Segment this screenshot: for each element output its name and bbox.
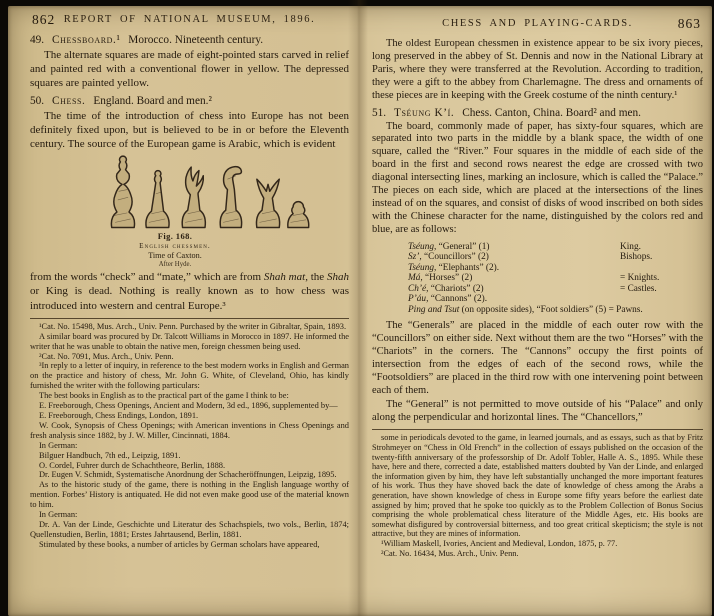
footnote: As to the historic study of the game, th…: [30, 480, 349, 510]
footnote: ³In reply to a letter of inquiry, in ref…: [30, 361, 349, 391]
paragraph-general-moves: The “General” is not permitted to move o…: [372, 399, 703, 425]
footnote: ¹Cat. No. 15498, Mus. Arch., Univ. Penn.…: [30, 322, 349, 332]
footnote: Bilguer Handbuch, 7th ed., Leipzig, 1891…: [30, 451, 349, 461]
footnote: O. Cordel, Fuhrer durch de Schachtheore,…: [30, 461, 349, 471]
table-row: Ch’é, “Chariots” (2) = Castles.: [408, 284, 703, 295]
piece-name: Ping and Tsut: [408, 305, 459, 315]
footnote: A similar board was procured by Dr. Talc…: [30, 332, 349, 352]
entry-detail: England. Board and men.²: [93, 95, 212, 107]
table-row: Má, “Horses” (2) = Knights.: [408, 273, 703, 284]
piece-equivalent: = Knights.: [620, 273, 703, 284]
entry-number: 51.: [372, 107, 386, 119]
page-right: CHESS AND PLAYING-CARDS. 863 The oldest …: [372, 16, 703, 614]
entry-name: Chess.: [52, 95, 86, 107]
chessmen-engraving: [85, 155, 325, 231]
entry-number: 49.: [30, 34, 44, 46]
chess-pieces-table: Tséung, “General” (1) King. Sz’, “Counci…: [408, 242, 703, 316]
footnote: ²Cat. No. 7091, Mus. Arch., Univ. Penn.: [30, 352, 349, 362]
paragraph-entry-49: The alternate squares are made of eight-…: [30, 48, 349, 91]
figure-credit: After Hyde.: [30, 261, 320, 268]
piece-name: Ch’é,: [408, 284, 428, 294]
figure-number: Fig. 168.: [30, 231, 320, 241]
footnote-continuation: some in periodicals devoted to the game,…: [372, 433, 703, 539]
piece-equivalent: [620, 263, 703, 274]
catalog-entry-51: 51. Tséung K’í. Chess. Canton, China. Bo…: [372, 107, 703, 119]
piece-equivalent: King.: [620, 242, 703, 253]
paragraph-entry-50: The time of the introduction of chess in…: [30, 109, 349, 152]
piece-desc: (on opposite sides), “Foot soldiers” (5)…: [462, 305, 643, 315]
entry-number: 50.: [30, 95, 44, 107]
piece-desc: “Horses” (2): [425, 273, 472, 283]
page-number-left: 862: [32, 12, 55, 28]
piece-desc: “Chariots” (2): [431, 284, 484, 294]
footnote: W. Cook, Synopsis of Chess Openings; wit…: [30, 421, 349, 441]
footnote: E. Freeborough, Chess Openings, Ancient …: [30, 401, 349, 411]
footnote: ²Cat. No. 16434, Mus. Arch., Univ. Penn.: [372, 549, 703, 559]
figure-english-chessmen: Fig. 168. English chessmen. Time of Caxt…: [30, 155, 349, 268]
footnote: In German:: [30, 441, 349, 451]
footnote: Dr. A. Van der Linde, Geschichte und Lit…: [30, 520, 349, 540]
entry-detail: Morocco. Nineteenth century.: [128, 34, 263, 46]
running-header-right: CHESS AND PLAYING-CARDS. 863: [372, 16, 703, 33]
table-row: Tséung, “Elephants” (2).: [408, 263, 703, 274]
table-row: Tséung, “General” (1) King.: [408, 242, 703, 253]
paragraph-board-description: The board, commonly made of paper, has s…: [372, 121, 703, 237]
catalog-entry-50: 50. Chess. England. Board and men.²: [30, 95, 349, 107]
text-run: , the: [305, 271, 327, 283]
text-run: from the words “check” and “mate,” which…: [30, 271, 264, 283]
figure-caption: Fig. 168. English chessmen. Time of Caxt…: [30, 231, 320, 268]
piece-desc: “Councillors” (2): [424, 252, 489, 262]
piece-desc: “Cannons” (2).: [431, 294, 487, 304]
piece-name: P’áu,: [408, 294, 428, 304]
piece-name: Sz’,: [408, 252, 422, 262]
piece-equivalent: [620, 294, 703, 305]
table-row: P’áu, “Cannons” (2).: [408, 294, 703, 305]
footnote: In German:: [30, 510, 349, 520]
piece-desc: “Elephants” (2).: [439, 263, 499, 273]
page-number-right: 863: [678, 16, 701, 32]
paragraph-after-figure: from the words “check” and “mate,” which…: [30, 270, 349, 313]
footnote: E. Freeborough, Chess Endings, London, 1…: [30, 411, 349, 421]
entry-name: Chessboard.¹: [52, 34, 121, 46]
page-left: 862 REPORT OF NATIONAL MUSEUM, 1896. 49.…: [30, 12, 349, 612]
figure-title: English chessmen.: [30, 242, 320, 250]
paragraph-oldest-chessmen: The oldest European chessmen in existenc…: [372, 38, 703, 103]
running-header-left: 862 REPORT OF NATIONAL MUSEUM, 1896.: [30, 12, 349, 29]
footnote: ¹William Maskell, Ivories, Ancient and M…: [372, 539, 703, 549]
footnote: Stimulated by these books, a number of a…: [30, 540, 349, 550]
piece-equivalent: = Castles.: [620, 284, 703, 295]
italic-term: Shah mat: [264, 271, 305, 283]
text-run: or King is dead. Nothing is really known…: [30, 285, 349, 311]
piece-equivalent: Bishops.: [620, 252, 703, 263]
footnote-rule-right: [372, 429, 703, 430]
footnote-rule-left: [30, 318, 349, 319]
catalog-entry-49: 49. Chessboard.¹ Morocco. Nineteenth cen…: [30, 34, 349, 46]
running-title-right: CHESS AND PLAYING-CARDS.: [372, 16, 703, 29]
piece-desc: “General” (1): [439, 242, 490, 252]
entry-name: Tséung K’í.: [394, 107, 454, 119]
entry-detail: Chess. Canton, China. Board² and men.: [462, 107, 641, 119]
piece-name: Tséung,: [408, 263, 436, 273]
footnote: Dr. Eugen V. Schmidt, Systematische Anor…: [30, 470, 349, 480]
piece-name: Má,: [408, 273, 423, 283]
piece-name: Tséung,: [408, 242, 436, 252]
running-title-left: REPORT OF NATIONAL MUSEUM, 1896.: [30, 12, 349, 25]
paragraph-piece-placement: The “Generals” are placed in the middle …: [372, 320, 703, 397]
figure-subcaption: Time of Caxton.: [30, 251, 320, 260]
footnote: The best books in English as to the prac…: [30, 391, 349, 401]
table-row: Sz’, “Councillors” (2) Bishops.: [408, 252, 703, 263]
table-row: Ping and Tsut (on opposite sides), “Foot…: [408, 305, 703, 316]
italic-term: Shah: [327, 271, 349, 283]
